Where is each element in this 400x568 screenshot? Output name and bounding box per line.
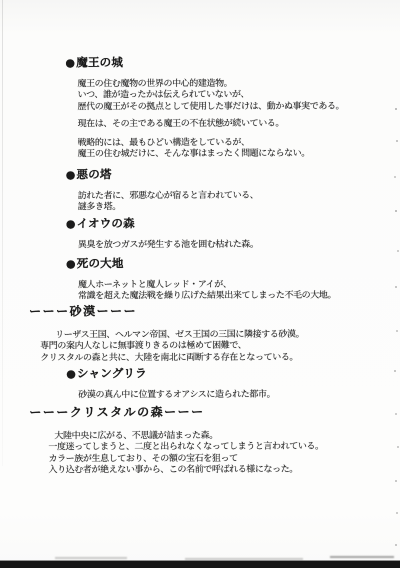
section-title: 砂漠 — [70, 304, 97, 318]
bullet-icon: ● — [65, 56, 75, 69]
bullet-icon: ● — [66, 367, 76, 380]
section-paragraph: 砂漠の真ん中に位置するオアシスに造られた都市。 — [78, 389, 399, 401]
section-paragraph: 魔王の住む魔物の世界の中心的建造物。いつ、誰が造ったかは伝えられていないが、歴代… — [77, 78, 398, 113]
text-line: 一度迷ってしまうと、二度と出られなくなってしまうと言われている。 — [48, 442, 400, 454]
section-crystal-no-mori: ーーークリスタルの森ーーー大陸中央に広がる、不思議が詰まった森。一度迷ってしまう… — [0, 404, 400, 477]
section-title: 死の大地 — [77, 256, 124, 270]
scan-smudge — [330, 556, 394, 558]
section-title: イオウの森 — [77, 216, 135, 230]
text-line: 魔王の住む魔物の世界の中心的建造物。 — [77, 78, 398, 90]
section-paragraph: 戦略的には、最もひどい構造をしているが、魔王の住む城だけに、そんな事はまったく問… — [78, 137, 399, 161]
text-line: 異臭を放つガスが発生する池を囲む枯れた森。 — [78, 239, 399, 251]
text-line: 常識を超えた魔法戦を繰り広げた結果出来てしまった不毛の大地。 — [78, 291, 399, 303]
bullet-icon: ● — [66, 257, 76, 270]
section-shi-no-daichi: ●死の大地魔人ホーネットと魔人レッド・アイが、常識を超えた魔法戦を繰り広げた結果… — [0, 255, 399, 303]
scan-noise-speckles — [395, 108, 397, 110]
scan-bottom-edge-bar — [0, 561, 400, 568]
text-line: 訪れた者に、邪悪な心が宿ると言われている、 — [78, 190, 399, 202]
section-header: ●イオウの森 — [66, 215, 399, 231]
section-header: ●死の大地 — [66, 255, 399, 271]
text-line: 現在は、その主である魔王の不在状態が続いている。 — [78, 119, 399, 131]
section-header: ●シャングリラ — [66, 365, 399, 381]
section-maou-no-shiro: ●魔王の城魔王の住む魔物の世界の中心的建造物。いつ、誰が造ったかは伝えられていな… — [0, 54, 399, 160]
scanned-document-page: ●魔王の城魔王の住む魔物の世界の中心的建造物。いつ、誰が造ったかは伝えられていな… — [0, 0, 400, 568]
dash-suffix: ーーー — [164, 405, 205, 419]
text-line: 戦略的には、最もひどい構造をしているが、 — [78, 137, 399, 149]
bullet-icon: ● — [66, 217, 76, 230]
section-header: ●悪の塔 — [66, 166, 399, 182]
dash-suffix: ーーー — [97, 304, 138, 318]
section-header-dashed: ーーー砂漠ーーー — [29, 303, 400, 319]
text-line: 入り込む者が絶えない事から、この名前で呼ばれる様になった。 — [48, 465, 400, 477]
text-line: カラー族が生息しており、その額の宝石を狙って — [48, 453, 400, 465]
section-paragraph: リーザス王国、ヘルマン帝国、ゼス王国の三国に隣接する砂漠。専門の案内人なしに無事… — [40, 329, 400, 364]
section-sabaku: ーーー砂漠ーーーリーザス王国、ヘルマン帝国、ゼス王国の三国に隣接する砂漠。専門の… — [0, 303, 400, 364]
section-paragraph: 現在は、その主である魔王の不在状態が続いている。 — [78, 119, 399, 131]
text-line: 魔人ホーネットと魔人レッド・アイが、 — [78, 279, 399, 291]
dash-prefix: ーーー — [29, 405, 70, 419]
section-iou-no-mori: ●イオウの森異臭を放つガスが発生する池を囲む枯れた森。 — [0, 215, 399, 251]
text-line: 謎多き塔。 — [78, 202, 399, 214]
section-paragraph: 魔人ホーネットと魔人レッド・アイが、常識を超えた魔法戦を繰り広げた結果出来てしま… — [78, 279, 399, 303]
text-line: 専門の案内人なしに無事渡りきるのは極めて困難で、 — [40, 341, 400, 353]
text-line: 歴代の魔王がその拠点として使用した事だけは、動かぬ事実である。 — [78, 101, 399, 113]
section-shangri-la: ●シャングリラ砂漠の真ん中に位置するオアシスに造られた都市。 — [0, 365, 399, 401]
section-paragraph: 大陸中央に広がる、不思議が詰まった森。一度迷ってしまうと、二度と出られなくなって… — [48, 430, 400, 477]
text-line: いつ、誰が造ったかは伝えられていないが、 — [77, 90, 398, 102]
dash-prefix: ーーー — [29, 304, 70, 318]
text-line: 砂漠の真ん中に位置するオアシスに造られた都市。 — [78, 389, 399, 401]
section-title: 魔王の城 — [76, 55, 123, 69]
scan-smudge — [55, 557, 127, 559]
text-line: クリスタルの森と共に、大陸を南北に両断する存在となっている。 — [40, 352, 400, 364]
section-header-dashed: ーーークリスタルの森ーーー — [29, 404, 400, 420]
section-header: ●魔王の城 — [65, 54, 398, 70]
section-title: クリスタルの森 — [70, 405, 164, 419]
section-title: 悪の塔 — [77, 167, 112, 181]
section-paragraph: 訪れた者に、邪悪な心が宿ると言われている、謎多き塔。 — [78, 190, 399, 214]
section-aku-no-tou: ●悪の塔訪れた者に、邪悪な心が宿ると言われている、謎多き塔。 — [0, 166, 399, 214]
bullet-icon: ● — [66, 168, 76, 181]
section-paragraph: 異臭を放つガスが発生する池を囲む枯れた森。 — [78, 239, 399, 251]
section-title: シャングリラ — [77, 366, 147, 380]
text-line: 魔王の住む城だけに、そんな事はまったく問題にならない。 — [78, 149, 399, 161]
page-content: ●魔王の城魔王の住む魔物の世界の中心的建造物。いつ、誰が造ったかは伝えられていな… — [0, 0, 400, 568]
scan-smudge — [185, 558, 303, 560]
